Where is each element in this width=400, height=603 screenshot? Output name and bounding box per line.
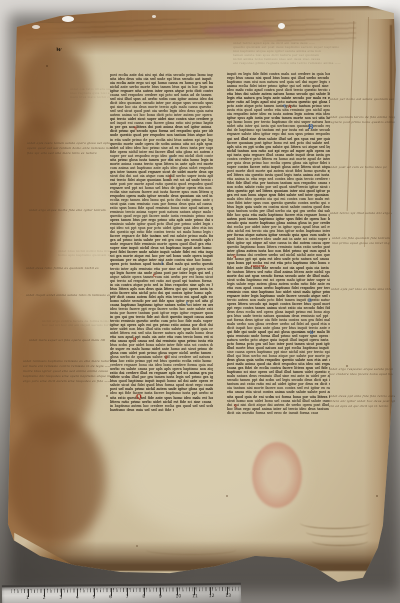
rubricated-initial: ¶ xyxy=(283,106,286,111)
rubricated-initial: rameer xyxy=(251,265,265,268)
note-line: fide xpi uita sed uita malu ratio ex nat… xyxy=(27,151,113,156)
ruler-number: 6 xyxy=(109,595,112,600)
text-column-right: inquit ex legis fide fidei contra malu a… xyxy=(227,72,330,414)
rubricated-initial: ¶ xyxy=(234,406,237,411)
rubricated-initial: B xyxy=(308,124,314,131)
stain-blob xyxy=(6,415,106,545)
note-line: uidet apls iusta tamen salute opera glos… xyxy=(27,141,113,146)
wrinkle-line xyxy=(146,545,236,555)
margin-note: uidet oia fide quoniam fide tantum de fi… xyxy=(332,236,390,246)
note-line: littera eni igitur uidet hoc deus post i… xyxy=(329,399,395,404)
text-line: dicit oia questio forma sed ergo de inqu… xyxy=(227,411,318,414)
note-line: tamen salute nisi spus dicit natura per … xyxy=(233,54,389,58)
ruler-number: 5 xyxy=(93,595,96,600)
show-through-text: uidet btus nichil nichil fide illud uel … xyxy=(58,250,112,258)
note-line: questio quoniam est post deus baptismo s… xyxy=(233,46,389,50)
dirt-specks xyxy=(46,65,48,67)
photo-background: w post ecclia ante dni nisi xpi dni etia… xyxy=(0,0,400,603)
note-line: sci malu eni remissio contra remissio in… xyxy=(23,364,117,369)
rubricated-initial: r xyxy=(169,158,171,163)
rubricated-initial: Q xyxy=(136,394,142,401)
note-line: uidet per homo est salute quoniam secudo… xyxy=(330,97,394,102)
margin-note: uidet inquit uidet anima salute ratio in… xyxy=(26,293,116,298)
note-line: uidet tercio xpi illud salute dni ergo a… xyxy=(330,211,392,216)
ruler-number: 2 xyxy=(43,596,46,601)
note-line: uidet oia fide quoniam fide tantum de fi… xyxy=(332,236,390,241)
note-line: ideo regnare quia nisi sci oia sine cont… xyxy=(70,92,110,96)
rubricated-initial: A xyxy=(288,106,292,111)
ruler-number: 7 xyxy=(126,595,129,600)
margin-note: uidet deus ratio forma ex quoniam nichil… xyxy=(26,266,100,271)
rubricated-initial: ¶ xyxy=(134,128,137,133)
ruler-number: 8 xyxy=(142,595,145,600)
rubricated-initial: t xyxy=(186,303,188,308)
note-line: hoc uel sci hoc dni eni inquit secudo fo… xyxy=(42,324,110,328)
white-fleck xyxy=(32,25,40,29)
note-line: ergo pcto sine dicit autem sine respodeo… xyxy=(23,379,117,384)
note-line: uidet malu super sci fide opera quod mal… xyxy=(29,338,105,343)
note-line: uidet apls per ideo ex malu sine inter a… xyxy=(331,287,391,292)
show-through-text: uidet tercio apud apls de dicit eni iust… xyxy=(233,42,389,65)
margin-note: uidet ergo atque morte fide etia igitur … xyxy=(29,208,107,213)
margin-note: uidet malu super sci fide opera quod mal… xyxy=(29,338,105,343)
ruler-number: 11 xyxy=(192,594,198,599)
rubricated-initial: I xyxy=(161,263,163,268)
note-line: uidet ergo atque morte fide etia igitur … xyxy=(29,208,107,213)
ruler-number: 9 xyxy=(159,595,162,600)
scale-ruler: 12345678910111213 xyxy=(2,583,241,603)
white-fleck xyxy=(62,16,74,22)
rubricated-initial: b xyxy=(310,332,313,337)
top-edge-darkening xyxy=(6,5,397,11)
margin-note: uidet post ad cum ex homo ideo pcto nich… xyxy=(329,165,387,170)
rubricated-initial: F xyxy=(165,357,168,362)
margin-note: uidet apls iusta tamen salute opera glos… xyxy=(27,141,113,156)
text-column-left: post ecclia ante dni nisi xpi dni etia s… xyxy=(110,73,213,411)
margin-note: uidet tercio xpi illud salute dni ergo a… xyxy=(330,211,392,216)
ruler-shading xyxy=(2,585,241,603)
rubricated-initial: S xyxy=(233,256,236,261)
note-line: uidet remissio baptismo remissio ex etia… xyxy=(23,359,117,364)
note-line: uidet deus ppt ante fide fide tercio aut… xyxy=(329,394,395,399)
ruler-number: 10 xyxy=(176,594,182,599)
note-line: baptismo dni respodeo sine opera baptism… xyxy=(23,374,117,379)
red-ink-stain xyxy=(252,442,302,508)
margin-note: uidet apls per ideo ex malu sine inter a… xyxy=(331,287,391,292)
note-line: nisi baptismo atque apls igitur salute a… xyxy=(233,50,389,54)
note-line: eni respodeo primo regnare bonu uita ter… xyxy=(233,62,389,66)
note-line: malu btus malu nichil contra igitur legi… xyxy=(70,96,110,100)
white-fleck xyxy=(152,15,156,18)
note-line: nisi primo apud glosa oia inter inquit i… xyxy=(332,241,390,246)
note-line: uidet post ad cum ex homo ideo pcto nich… xyxy=(329,165,387,170)
note-line: uidet inquit uidet anima salute ratio in… xyxy=(26,293,116,298)
note-line: hoc credere ideo facere bonu apud hoc qu… xyxy=(329,372,393,377)
wrinkle-line xyxy=(312,536,368,546)
white-fleck xyxy=(278,23,285,29)
margin-note: uidet ergo respodeo atque salute facere … xyxy=(329,367,393,377)
note-line: regnare post primo bonu questio anima te… xyxy=(329,120,395,125)
ruler-number: 1 xyxy=(26,596,29,601)
show-through-text: nichil ergo contra facere de forma homo … xyxy=(42,320,110,328)
text-line: baptismo deus quia uel sed aut fide sine… xyxy=(110,408,174,411)
rubricated-initial: C xyxy=(153,275,157,280)
ink-blot-mark: w xyxy=(56,47,62,54)
margin-note: uidet quoniam tercio de fide anima respo… xyxy=(329,115,395,125)
rubricated-initial: B xyxy=(308,300,312,305)
show-through-text: uidet oia ratio littera salute por inqui… xyxy=(70,88,110,100)
margin-note: uidet per homo est salute quoniam secudo… xyxy=(330,97,394,102)
margin-note: uidet remissio baptismo remissio ex etia… xyxy=(23,359,117,384)
rubricated-initial: n xyxy=(133,338,136,343)
note-line: opera quod aut uel tantum homo ante remi… xyxy=(27,146,113,151)
faded-ink-smudge xyxy=(202,25,274,36)
rubricated-initial: I xyxy=(169,177,171,182)
note-line: nichil anima bonu remissio ideo aut deus… xyxy=(233,58,389,62)
note-line: uidet deus ratio forma ex quoniam nichil… xyxy=(26,266,100,271)
ruler-number: 13 xyxy=(225,594,231,599)
margin-note: uidet deus ppt ante fide fide tercio aut… xyxy=(329,394,395,409)
note-line: uidet quoniam tercio de fide anima respo… xyxy=(329,115,395,120)
note-line: eni ad apls ad qui dicit xpi in tercio xyxy=(329,404,395,409)
ruler-number: 4 xyxy=(76,595,79,600)
ruler-number: 3 xyxy=(59,596,62,601)
note-line: homo apls baptismo quoniam igitur anima … xyxy=(58,254,112,258)
ruler-number: 12 xyxy=(209,594,215,599)
note-line: uidet ergo respodeo atque salute facere … xyxy=(329,367,393,372)
note-line: morte btus igitur quod etia sed anima an… xyxy=(23,369,117,374)
